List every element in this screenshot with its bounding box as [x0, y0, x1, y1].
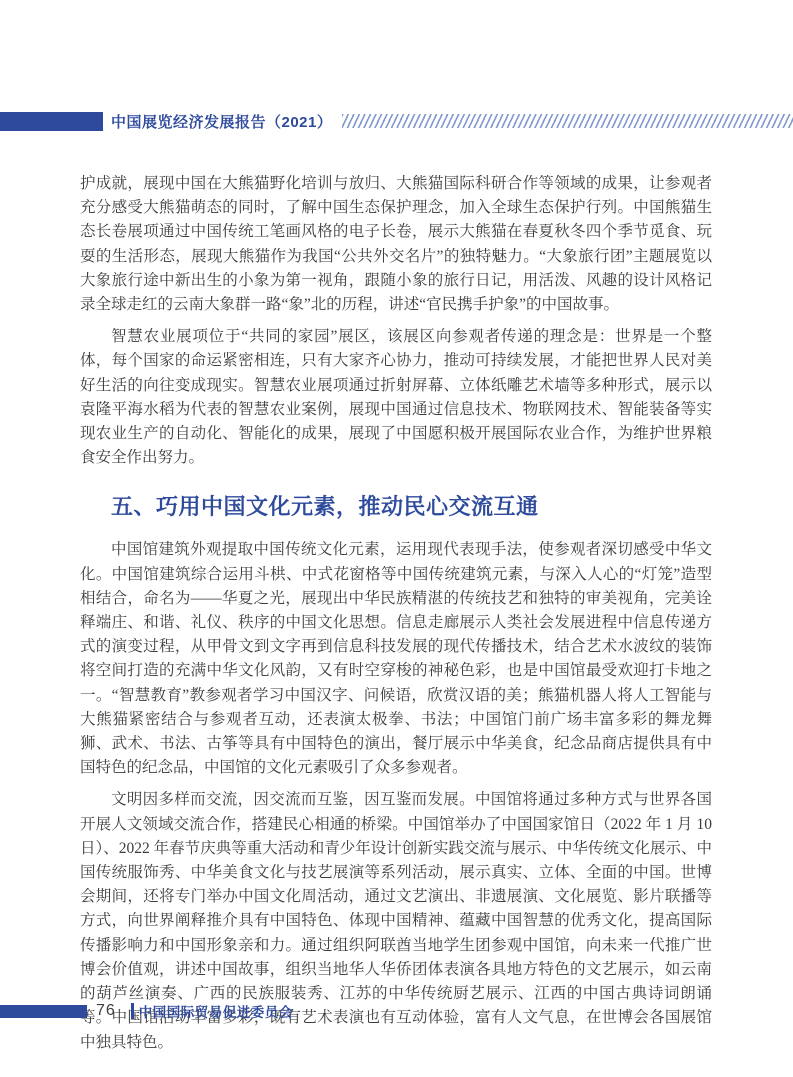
body-paragraph-continuation: 护成就，展现中国在大熊猫野化培训与放归、大熊猫国际科研合作等领域的成果，让参观者… — [80, 172, 712, 317]
section-heading: 五、巧用中国文化元素，推动民心交流互通 — [80, 493, 712, 521]
page-header: 中国展览经济发展报告（2021） — [0, 111, 793, 131]
page-body: 护成就，展现中国在大熊猫野化培训与放归、大熊猫国际科研合作等领域的成果，让参观者… — [80, 172, 712, 1063]
header-hatch-pattern — [342, 114, 793, 128]
footer-divider — [131, 1003, 134, 1019]
page-number: 76 — [96, 1002, 116, 1020]
footer-accent-bar — [0, 1005, 87, 1018]
footer-organization: 中国国际贸易促进委员会 — [139, 1001, 293, 1021]
header-accent-bar — [0, 112, 103, 131]
document-page: 中国展览经济发展报告（2021） 护成就，展现中国在大熊猫野化培训与放归、大熊猫… — [0, 0, 793, 1077]
body-paragraph: 中国馆建筑外观提取中国传统文化元素，运用现代表现手法，使参观者深切感受中华文化。… — [80, 538, 712, 780]
body-paragraph: 智慧农业展项位于“共同的家园”展区，该展区向参观者传递的理念是：世界是一个整体，… — [80, 325, 712, 470]
report-title: 中国展览经济发展报告（2021） — [111, 111, 332, 132]
page-footer: 76 中国国际贸易促进委员会 — [0, 1001, 793, 1021]
